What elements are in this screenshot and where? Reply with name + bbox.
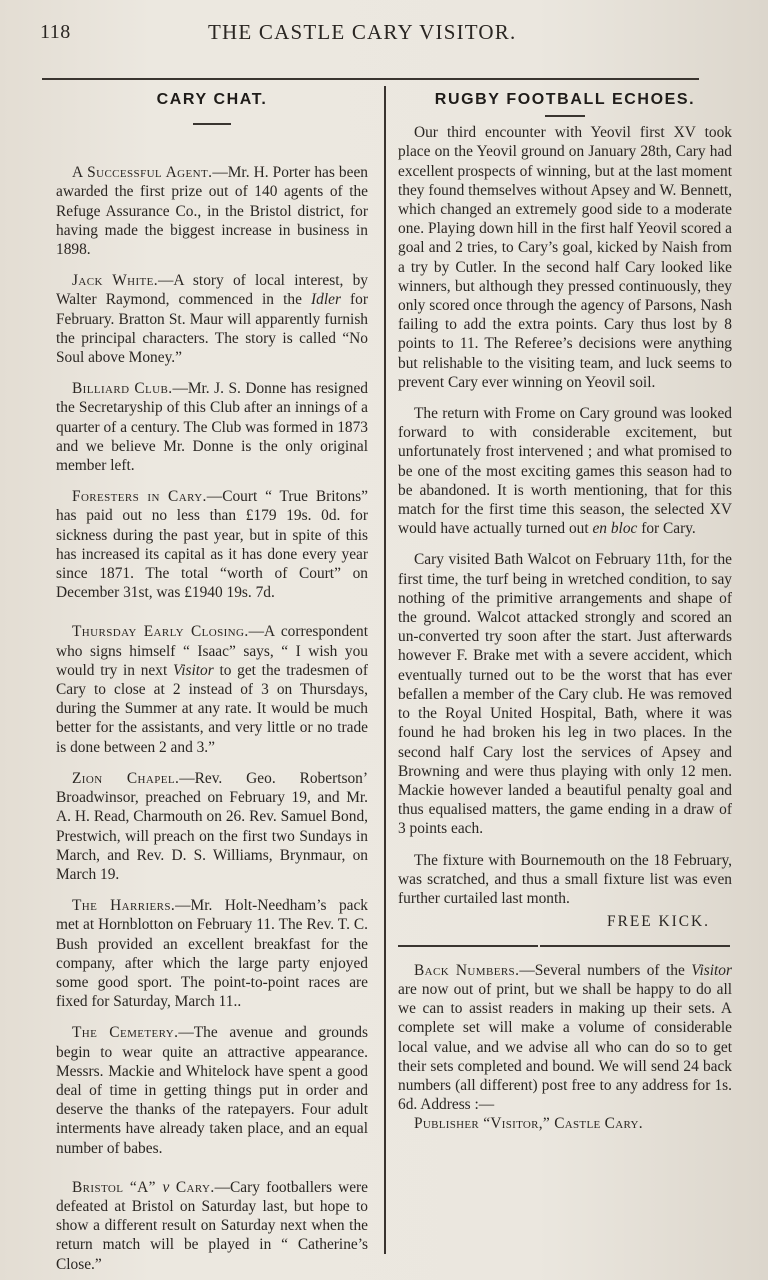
paragraph-text: for Cary.	[637, 520, 695, 537]
item-heading: The Harriers.	[72, 897, 175, 914]
column-divider	[384, 86, 386, 1254]
magazine-page: 118 THE CASTLE CARY VISITOR. CARY CHAT. …	[0, 0, 768, 1280]
item-heading: Billiard Club.	[72, 380, 172, 397]
title-rule	[193, 123, 231, 125]
item-heading: A Successful Agent.	[72, 164, 212, 181]
item-heading: The Cemetery.	[72, 1024, 178, 1041]
news-item-cemetery: The Cemetery.—The avenue and grounds beg…	[56, 1023, 368, 1157]
publisher-address: Publisher “Visitor,” Castle Cary.	[398, 1114, 732, 1133]
author-signature: FREE KICK.	[398, 912, 732, 931]
item-heading: Bristol “A”	[72, 1179, 162, 1196]
notice-heading: Back Numbers.	[414, 962, 519, 979]
item-heading: Cary.	[169, 1179, 214, 1196]
notice-body: —Several numbers of the	[519, 962, 691, 979]
rugby-paragraph-bath-walcot: Cary visited Bath Walcot on February 11t…	[398, 550, 732, 838]
item-italic: Visitor	[173, 662, 214, 679]
back-numbers-notice: Back Numbers.—Several numbers of the Vis…	[398, 961, 732, 1115]
paragraph-italic: en bloc	[592, 520, 637, 537]
section-title-rugby: RUGBY FOOTBALL ECHOES.	[398, 90, 732, 109]
section-title-cary-chat: CARY CHAT.	[56, 90, 368, 109]
item-heading: Foresters in Cary.	[72, 488, 207, 505]
news-item-zion-chapel: Zion Chapel.—Rev. Geo. Robertson’ Broadw…	[56, 769, 368, 884]
news-item-successful-agent: A Successful Agent.—Mr. H. Porter has be…	[56, 163, 368, 259]
rule-segment	[398, 945, 538, 947]
cary-chat-column: CARY CHAT. A Successful Agent.—Mr. H. Po…	[56, 84, 368, 1280]
news-item-billiard-club: Billiard Club.—Mr. J. S. Donne has resig…	[56, 379, 368, 475]
paragraph-text: The return with Frome on Cary ground was…	[398, 405, 732, 537]
rugby-paragraph-bournemouth: The fixture with Bournemouth on the 18 F…	[398, 851, 732, 909]
rule-segment	[540, 945, 730, 947]
item-heading: Thursday Early Closing.	[72, 623, 249, 640]
notice-body: are now out of print, but we shall be ha…	[398, 981, 732, 1113]
notice-italic: Visitor	[691, 962, 732, 979]
item-heading: Jack White.	[72, 272, 158, 289]
rugby-paragraph-frome: The return with Frome on Cary ground was…	[398, 404, 732, 538]
news-item-foresters: Foresters in Cary.—Court “ True Britons”…	[56, 487, 368, 602]
news-item-harriers: The Harriers.—Mr. Holt-Needham’s pack me…	[56, 896, 368, 1011]
rugby-echoes-column: RUGBY FOOTBALL ECHOES. Our third encount…	[398, 84, 732, 1134]
rugby-paragraph-yeovil: Our third encounter with Yeovil first XV…	[398, 123, 732, 392]
item-body: —The avenue and grounds begin to wear qu…	[56, 1024, 368, 1156]
running-header: 118 THE CASTLE CARY VISITOR.	[40, 17, 720, 45]
news-item-jack-white: Jack White.—A story of local interest, b…	[56, 271, 368, 367]
item-italic: Idler	[311, 291, 341, 308]
journal-title: THE CASTLE CARY VISITOR.	[208, 20, 516, 45]
header-rule	[42, 78, 699, 80]
section-separator-rule	[398, 945, 732, 947]
page-number: 118	[40, 21, 71, 44]
title-rule	[545, 115, 585, 117]
news-item-thursday-early-closing: Thursday Early Closing.—A correspondent …	[56, 622, 368, 756]
news-item-bristol-v-cary: Bristol “A” v Cary.—Cary footballers wer…	[56, 1178, 368, 1274]
item-heading: Zion Chapel.	[72, 770, 179, 787]
